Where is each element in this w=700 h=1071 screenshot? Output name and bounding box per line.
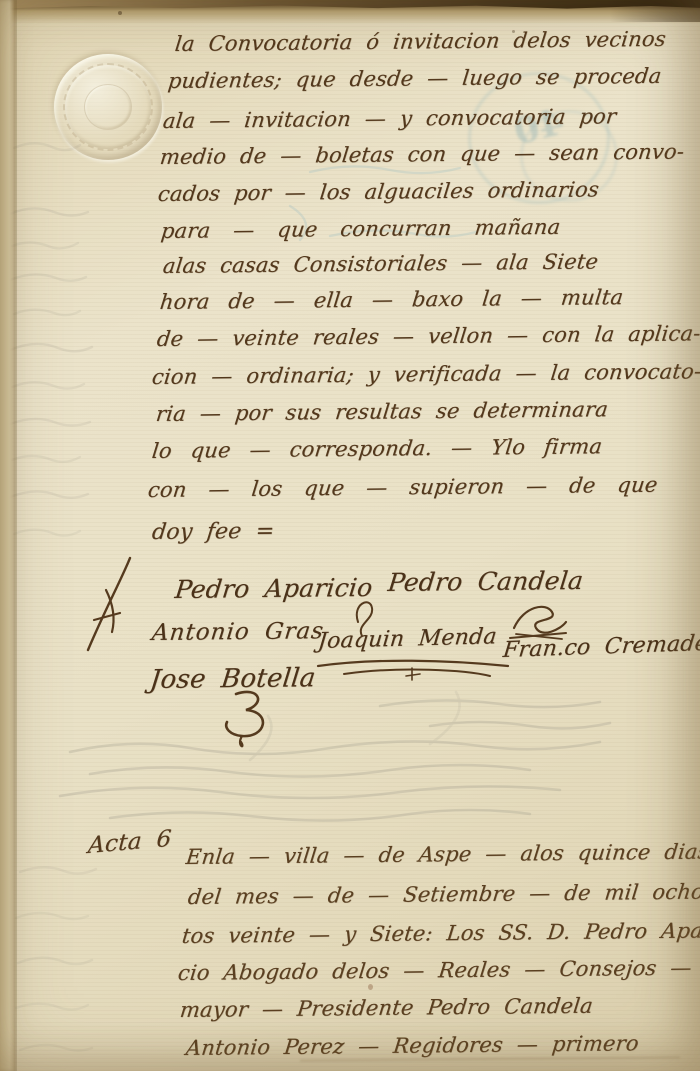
manuscript-line-19: mayor — Presidente Pedro Candela: [179, 995, 594, 1022]
manuscript-page: 40 la Convocatoria ó invitacion delos ve…: [0, 0, 700, 1071]
margin-note-acta: Acta 6: [87, 827, 172, 859]
embossed-seal: [54, 54, 162, 160]
ink-speck: [368, 984, 373, 990]
manuscript-line-10: cion — ordinaria; y verificada — la conv…: [151, 360, 700, 389]
manuscript-line-20: Antonio Perez — Regidores — primero: [185, 1032, 640, 1060]
manuscript-line-14: doy fee =: [151, 520, 276, 545]
manuscript-line-16: del mes — de — Setiembre — de mil ochoci…: [187, 880, 700, 909]
signature-pedro-candela: Pedro Candela: [386, 567, 584, 597]
manuscript-line-5: cados por — los alguaciles ordinarios: [157, 178, 601, 206]
manuscript-line-4: medio de — boletas con que — sean convo-: [159, 141, 686, 170]
manuscript-line-7: alas casas Consistoriales — ala Siete: [162, 250, 600, 278]
rubric-botella-icon: [214, 688, 278, 752]
manuscript-line-17: tos veinte — y Siete: Los SS. D. Pedro A…: [181, 919, 700, 948]
signature-antonio-gras: Antonio Gras: [151, 619, 326, 646]
manuscript-line-1: la Convocatoria ó invitacion delos vecin…: [174, 28, 667, 56]
manuscript-line-9: de — veinte reales — vellon — con la apl…: [156, 322, 700, 351]
book-top-edge: [0, 0, 700, 24]
signature-jose-botella: Jose Botella: [148, 664, 317, 694]
signature-pedro-aparicio: Pedro Aparicio: [173, 574, 374, 604]
ink-speck: [118, 11, 122, 15]
manuscript-line-15: Enla — villa — de Aspe — alos quince dia…: [185, 841, 700, 870]
manuscript-line-8: hora de — ella — baxo la — multa: [159, 286, 625, 314]
manuscript-line-2: pudientes; que desde — luego se proceda: [167, 65, 663, 93]
manuscript-line-11: ria — por sus resultas se determinara: [155, 398, 610, 426]
manuscript-line-18: cio Abogado delos — Reales — Consejos — …: [177, 956, 700, 985]
manuscript-line-13: con — los que — supieron — de que: [147, 474, 659, 502]
signature-francisco-cremades: Fran.co Cremades: [502, 631, 700, 663]
manuscript-line-6: para — que concurran mañana: [160, 216, 562, 243]
rubric-menda-underline-icon: [316, 656, 512, 682]
manuscript-line-12: lo que — corresponda. — Ylo firma: [151, 435, 604, 463]
notary-paraph-icon: [82, 556, 136, 656]
ink-speck: [512, 30, 515, 33]
page-left-edge: [0, 0, 17, 1071]
signature-joaquin-menda: Joaquin Menda: [317, 625, 498, 654]
manuscript-line-3: ala — invitacion — y convocatoria por: [162, 105, 618, 133]
